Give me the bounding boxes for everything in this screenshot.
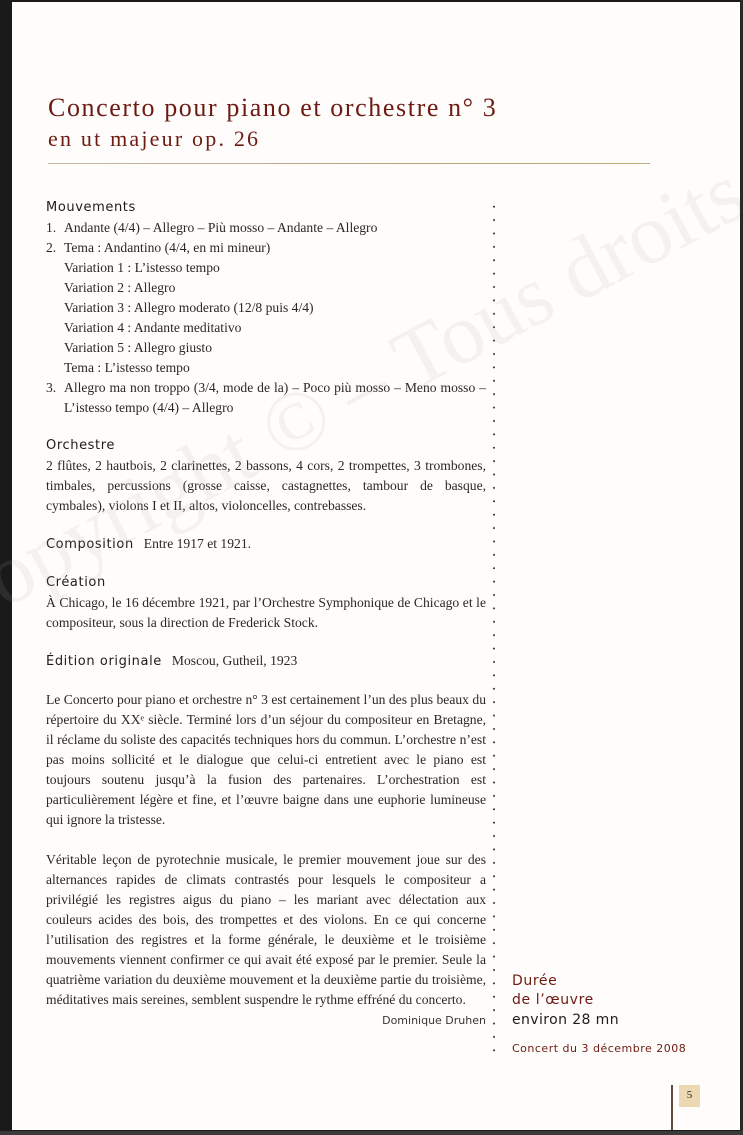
commentary-paragraph: Le Concerto pour piano et orchestre n° 3… [46, 690, 486, 830]
movement-text: Allegro ma non troppo (3/4, mode de la) … [64, 378, 486, 418]
movement-text: Tema : L’istesso tempo [64, 358, 486, 378]
movement-item: 3.Allegro ma non troppo (3/4, mode de la… [46, 378, 486, 418]
folio-divider [671, 1085, 673, 1130]
section-mouvements: Mouvements 1.Andante (4/4) – Allegro – P… [46, 198, 486, 418]
section-heading: Mouvements [46, 198, 486, 218]
section-commentary: Le Concerto pour piano et orchestre n° 3… [46, 690, 486, 1030]
movement-number: 1. [46, 218, 64, 238]
section-heading: Composition [46, 535, 134, 555]
section-composition: Composition Entre 1917 et 1921. [46, 534, 486, 555]
section-edition: Édition originale Moscou, Gutheil, 1923 [46, 651, 486, 672]
section-heading: Création [46, 573, 486, 593]
duration-value: environ 28 mn [512, 1010, 722, 1030]
movement-text: Variation 2 : Allegro [64, 278, 486, 298]
scan-edge-bottom [0, 1131, 743, 1135]
edition-text: Moscou, Gutheil, 1923 [172, 651, 297, 671]
section-orchestre: Orchestre 2 flûtes, 2 hautbois, 2 clarin… [46, 436, 486, 516]
movement-number: 3. [46, 378, 64, 418]
movement-text: Variation 1 : L’istesso tempo [64, 258, 486, 278]
concert-date: Concert du 3 décembre 2008 [512, 1042, 722, 1055]
movement-item: 2.Tema : Andantino (4/4, en mi mineur) [46, 238, 486, 258]
movement-item: Variation 4 : Andante meditativo [46, 318, 486, 338]
movement-text: Tema : Andantino (4/4, en mi mineur) [64, 238, 486, 258]
movement-text: Variation 5 : Allegro giusto [64, 338, 486, 358]
dotted-column-divider [493, 200, 495, 1058]
section-heading: Orchestre [46, 436, 486, 456]
title-block: Concerto pour piano et orchestre n° 3 en… [48, 92, 497, 154]
movement-text: Variation 4 : Andante meditativo [64, 318, 486, 338]
duration-label-2: de l’œuvre [512, 991, 722, 1010]
page-subtitle: en ut majeur op. 26 [48, 124, 497, 154]
movement-item: Variation 3 : Allegro moderato (12/8 pui… [46, 298, 486, 318]
movement-text: Andante (4/4) – Allegro – Più mosso – An… [64, 218, 486, 238]
movement-item: Variation 2 : Allegro [46, 278, 486, 298]
section-creation: Création À Chicago, le 16 décembre 1921,… [46, 573, 486, 633]
movement-item: Tema : L’istesso tempo [46, 358, 486, 378]
movements-list: 1.Andante (4/4) – Allegro – Più mosso – … [46, 218, 486, 418]
composition-text: Entre 1917 et 1921. [144, 534, 251, 554]
orchestre-text: 2 flûtes, 2 hautbois, 2 clarinettes, 2 b… [46, 456, 486, 516]
movement-item: Variation 1 : L’istesso tempo [46, 258, 486, 278]
sidebar-info: Durée de l’œuvre environ 28 mn Concert d… [512, 972, 722, 1055]
movement-number: 2. [46, 238, 64, 258]
document-page: Concerto pour piano et orchestre n° 3 en… [12, 2, 740, 1130]
page-number: 5 [679, 1085, 700, 1107]
commentary-paragraph: Véritable leçon de pyrotechnie musicale,… [46, 850, 486, 1010]
title-divider [48, 163, 650, 164]
author-signature: Dominique Druhen [46, 1012, 486, 1030]
duration-label: Durée [512, 972, 722, 991]
movement-item: 1.Andante (4/4) – Allegro – Più mosso – … [46, 218, 486, 238]
page-title: Concerto pour piano et orchestre n° 3 [48, 92, 497, 124]
movement-item: Variation 5 : Allegro giusto [46, 338, 486, 358]
main-column: Mouvements 1.Andante (4/4) – Allegro – P… [46, 198, 486, 1030]
section-heading: Édition originale [46, 652, 162, 672]
creation-text: À Chicago, le 16 décembre 1921, par l’Or… [46, 593, 486, 633]
movement-text: Variation 3 : Allegro moderato (12/8 pui… [64, 298, 486, 318]
